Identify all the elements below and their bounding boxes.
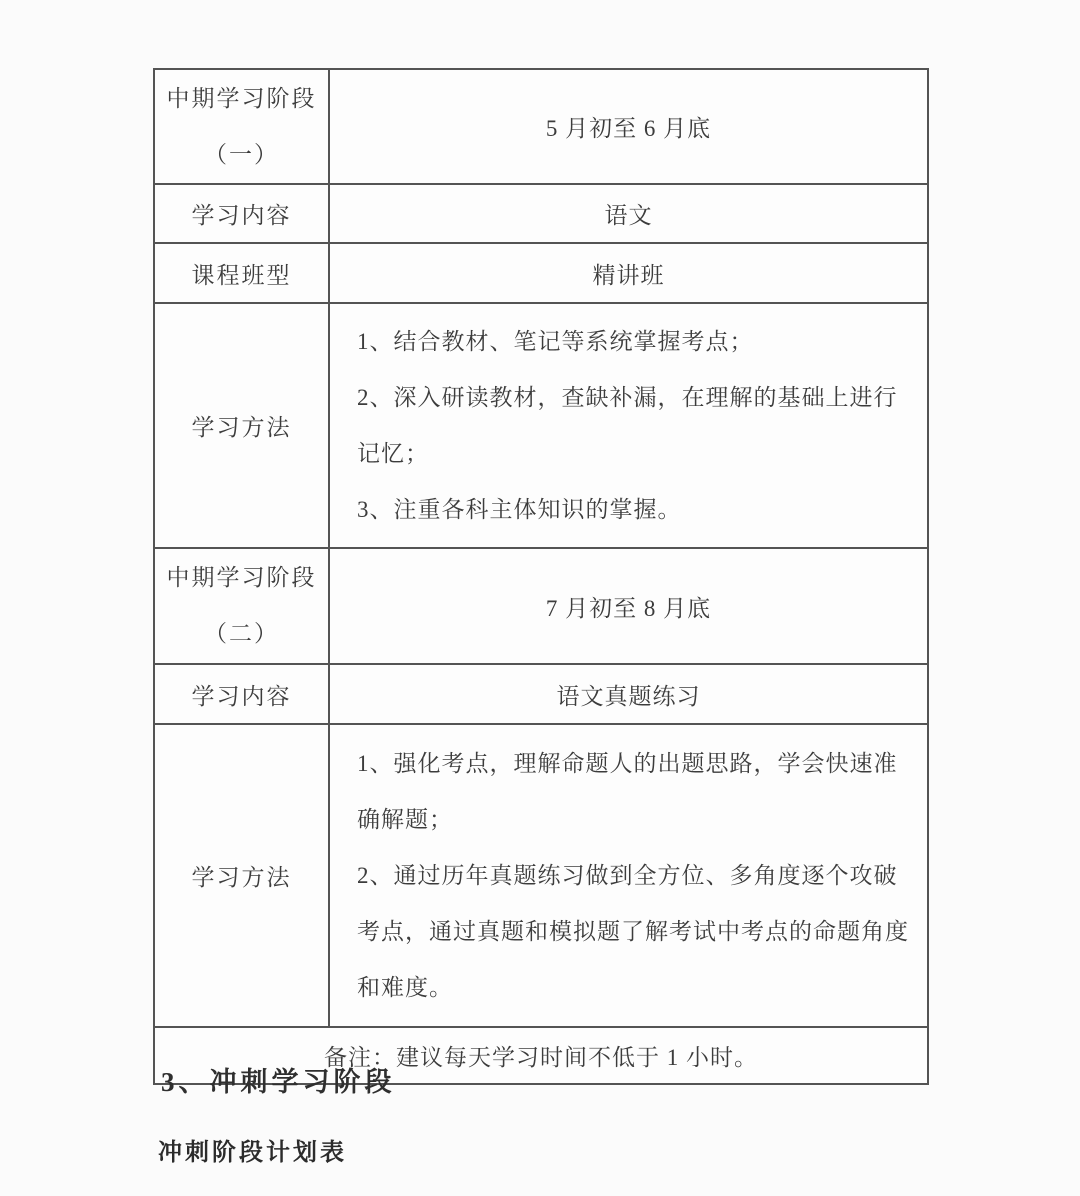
row-value-course-type: 精讲班 <box>329 243 928 303</box>
row-label-phase-1: 中期学习阶段 （一） <box>154 69 329 184</box>
row-label-line: （一） <box>155 127 328 183</box>
table-row-course-type: 课程班型 精讲班 <box>154 243 928 303</box>
row-label-content-2: 学习内容 <box>154 664 329 724</box>
table-row-content-1: 学习内容 语文 <box>154 184 928 243</box>
row-value-content-2: 语文真题练习 <box>329 664 928 724</box>
row-label-method-1: 学习方法 <box>154 303 329 548</box>
method-item: 1、强化考点，理解命题人的出题思路，学会快速准确解题； <box>357 736 911 848</box>
table-row-content-2: 学习内容 语文真题练习 <box>154 664 928 724</box>
table-row-phase-2: 中期学习阶段 （二） 7 月初至 8 月底 <box>154 548 928 664</box>
method-item: 2、深入研读教材，查缺补漏，在理解的基础上进行记忆； <box>357 370 911 482</box>
table-row-method-2: 学习方法 1、强化考点，理解命题人的出题思路，学会快速准确解题； 2、通过历年真… <box>154 724 928 1027</box>
row-label-line: （二） <box>155 606 328 662</box>
method-item: 2、通过历年真题练习做到全方位、多角度逐个攻破考点，通过真题和模拟题了解考试中考… <box>357 848 911 1016</box>
row-label-phase-2: 中期学习阶段 （二） <box>154 548 329 664</box>
row-label-line: 中期学习阶段 <box>155 550 328 606</box>
row-label-course-type: 课程班型 <box>154 243 329 303</box>
row-value-phase-2-dates: 7 月初至 8 月底 <box>329 548 928 664</box>
table-row-phase-1: 中期学习阶段 （一） 5 月初至 6 月底 <box>154 69 928 184</box>
method-item: 1、结合教材、笔记等系统掌握考点； <box>357 314 911 370</box>
row-value-content-1: 语文 <box>329 184 928 243</box>
row-label-method-2: 学习方法 <box>154 724 329 1027</box>
table-row-method-1: 学习方法 1、结合教材、笔记等系统掌握考点； 2、深入研读教材，查缺补漏，在理解… <box>154 303 928 548</box>
method-item: 3、注重各科主体知识的掌握。 <box>357 482 911 538</box>
document-page: 中期学习阶段 （一） 5 月初至 6 月底 学习内容 语文 课程班型 精讲班 学… <box>0 0 1080 1196</box>
mid-phase-study-plan-table: 中期学习阶段 （一） 5 月初至 6 月底 学习内容 语文 课程班型 精讲班 学… <box>153 68 929 1085</box>
row-value-method-1: 1、结合教材、笔记等系统掌握考点； 2、深入研读教材，查缺补漏，在理解的基础上进… <box>329 303 928 548</box>
row-value-method-2: 1、强化考点，理解命题人的出题思路，学会快速准确解题； 2、通过历年真题练习做到… <box>329 724 928 1027</box>
row-label-line: 中期学习阶段 <box>155 71 328 127</box>
subsection-heading-sprint-plan-table: 冲刺阶段计划表 <box>158 1136 347 1170</box>
row-value-phase-1-dates: 5 月初至 6 月底 <box>329 69 928 184</box>
section-heading-sprint-phase: 3、冲刺学习阶段 <box>161 1064 396 1100</box>
row-label-content-1: 学习内容 <box>154 184 329 243</box>
